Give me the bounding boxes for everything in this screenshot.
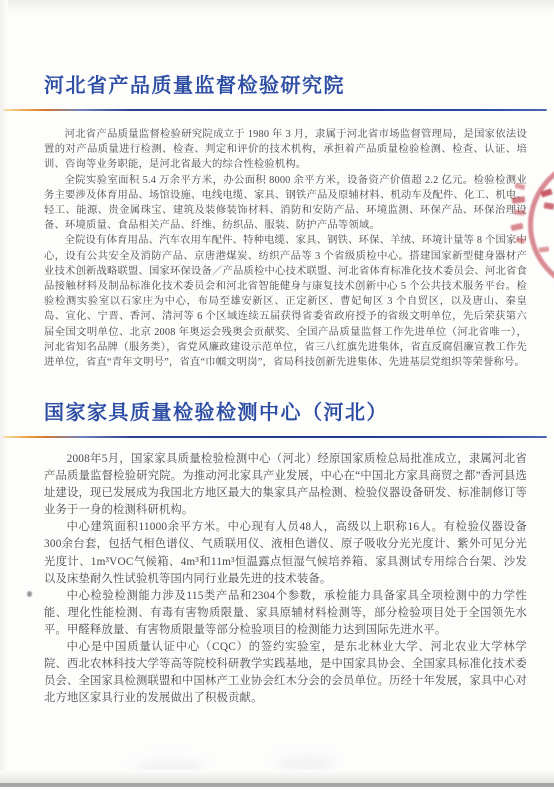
seal-character-mark	[512, 196, 526, 204]
seal-ring-arc	[528, 157, 554, 293]
paragraph: 河北省产品质量监督检验研究院成立于 1980 年 3 月，隶属于河北省市场监督管…	[44, 127, 527, 173]
title-underline-gradient	[3, 436, 547, 438]
scan-edge-top	[0, 0, 554, 13]
scan-speck	[27, 591, 32, 597]
seal-character-mark	[516, 237, 526, 243]
paragraph: 全院设有体育用品、汽车农用车配件、特种电缆、家具、钢铁、环保、羊绒、环境计量等 …	[44, 233, 527, 370]
section-body-furniture-center: 2008年5月，国家家具质量检验检测中心（河北）经原国家质检总局批准成立，隶属河…	[44, 451, 527, 707]
red-official-seal-partial	[505, 150, 554, 295]
seal-character-mark	[511, 223, 524, 231]
section-title-furniture-center: 国家家具质量检验检测中心（河北）	[44, 401, 388, 425]
seal-character-mark	[515, 183, 526, 190]
section-title-hebei-institute: 河北省产品质量监督检验研究院	[44, 74, 345, 98]
paragraph: 中心建筑面积11000余平方米。中心现有人员48人，高级以上职称16人。有检验仪…	[44, 519, 527, 587]
scan-speck	[56, 330, 59, 333]
scan-edge-bottom-shade	[0, 770, 554, 783]
title-underline-gradient	[3, 109, 547, 111]
scan-speck	[56, 344, 59, 347]
paragraph: 2008年5月，国家家具质量检验检测中心（河北）经原国家质检总局批准成立，隶属河…	[44, 451, 527, 519]
paragraph: 全院实验室面积 5.4 万余平方米，办公面积 8000 余平方米，设备资产价值超…	[44, 173, 527, 234]
section-body-hebei-institute: 河北省产品质量监督检验研究院成立于 1980 年 3 月，隶属于河北省市场监督管…	[44, 127, 527, 370]
scanned-document-page: 河北省产品质量监督检验研究院 河北省产品质量监督检验研究院成立于 1980 年 …	[0, 0, 554, 790]
seal-character-mark	[539, 246, 549, 252]
seal-character-mark	[514, 209, 525, 215]
paragraph: 中心检验检测能力涉及115类产品和2304个参数，承检能力具备家具全项检测中的力…	[44, 588, 527, 639]
paragraph: 中心是中国质量认证中心（CQC）的签约实验室，是东北林业大学、河北农业大学林学院…	[44, 639, 527, 707]
scan-edge-left	[0, 0, 8, 790]
